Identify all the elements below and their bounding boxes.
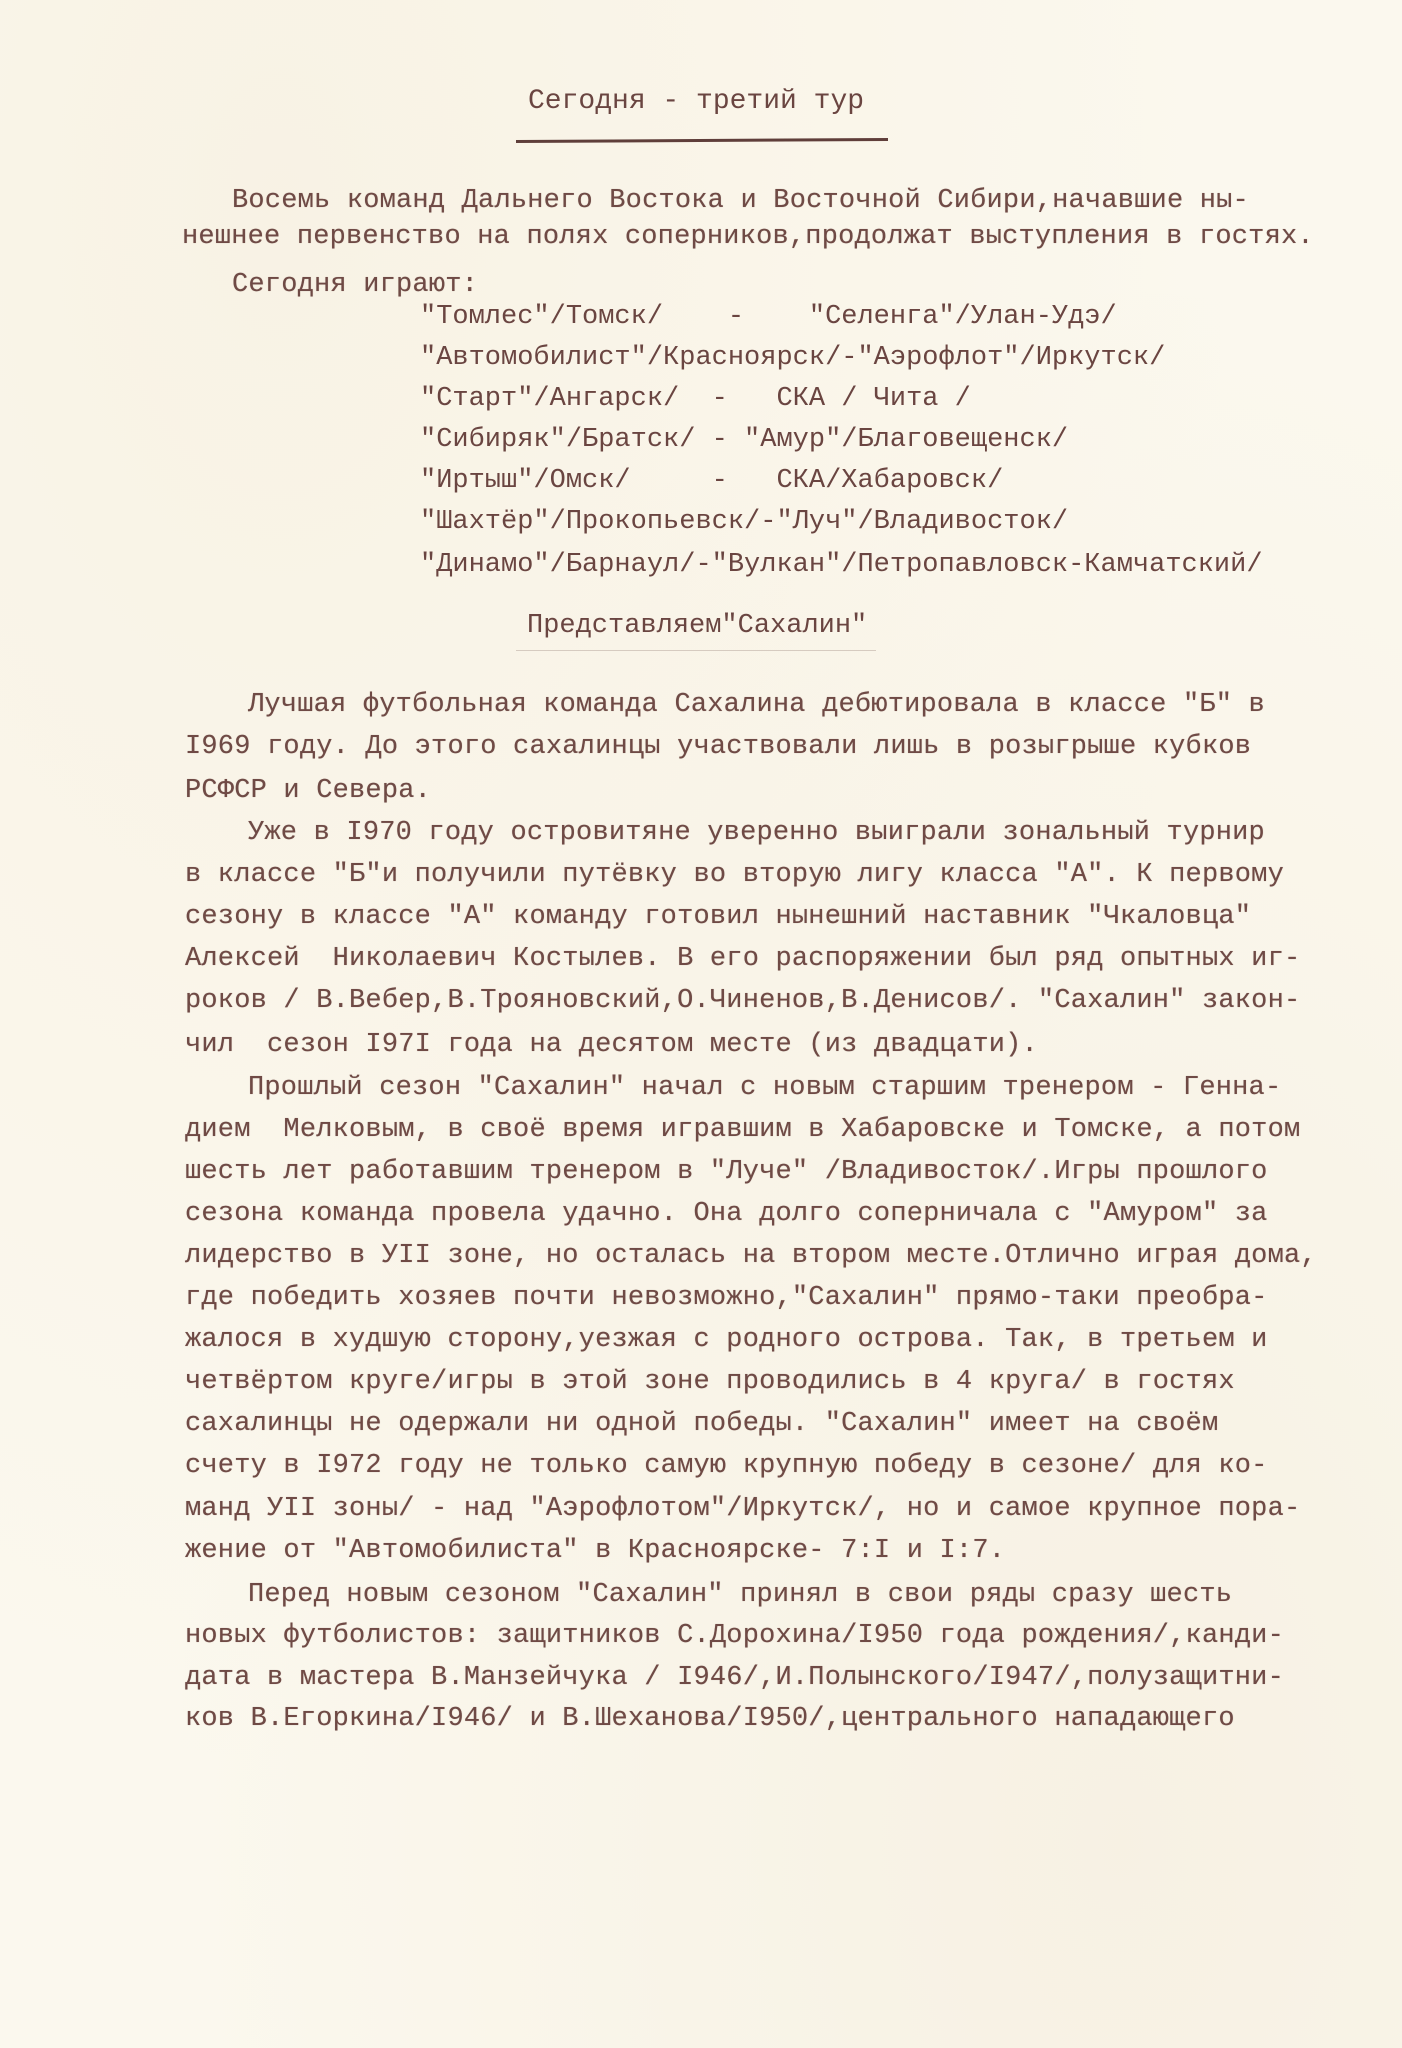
subtitle-underline — [516, 650, 876, 651]
match-line: "Динамо"/Барнаул/-"Вулкан"/Петропавловск… — [420, 550, 1263, 580]
body-line: манд УII зоны/ - над "Аэрофлотом"/Иркутс… — [185, 1494, 1300, 1524]
paper-page: Сегодня - третий тур Восемь команд Дальн… — [0, 0, 1402, 2048]
body-line: в классе "Б"и получили путёвку во вторую… — [185, 860, 1284, 890]
body-line: роков / В.Вебер,В.Трояновский,О.Чиненов,… — [185, 986, 1300, 1016]
intro-line: Сегодня играют: — [232, 270, 478, 300]
page-title: Сегодня - третий тур — [528, 86, 864, 117]
body-line: сахалинцы не одержали ни одной победы. "… — [185, 1409, 1218, 1439]
body-line: шесть лет работавшим тренером в "Луче" /… — [185, 1157, 1268, 1187]
body-line: жалося в худшую сторону,уезжая с родного… — [185, 1325, 1268, 1355]
body-line: ков В.Егоркина/I946/ и В.Шеханова/I950/,… — [185, 1704, 1235, 1734]
body-line: дата в мастера В.Манзейчука / I946/,И.По… — [185, 1663, 1284, 1693]
section-subtitle: Представляем"Сахалин" — [527, 611, 867, 641]
body-line: Уже в I970 году островитяне уверенно выи… — [248, 818, 1265, 848]
match-line: "Томлес"/Томск/ - "Селенга"/Улан-Удэ/ — [420, 302, 1117, 332]
body-line: Прошлый сезон "Сахалин" начал с новым ст… — [248, 1073, 1281, 1103]
body-line: Перед новым сезоном "Сахалин" принял в с… — [248, 1580, 1232, 1610]
body-line: жение от "Автомобилиста" в Красноярске- … — [185, 1536, 1005, 1566]
body-line: дием Мелковым, в своё время игравшим в Х… — [185, 1115, 1300, 1145]
body-line: чил сезон I97I года на десятом месте (из… — [185, 1030, 1038, 1060]
match-line: "Иртыш"/Омск/ - СКА/Хабаровск/ — [420, 466, 1003, 496]
body-line: Лучшая футбольная команда Сахалина дебют… — [248, 690, 1265, 720]
match-line: "Старт"/Ангарск/ - СКА / Чита / — [420, 384, 971, 414]
match-line: "Сибиряк"/Братск/ - "Амур"/Благовещенск/ — [420, 425, 1068, 455]
body-line: где победить хозяев почти невозможно,"Са… — [185, 1283, 1268, 1313]
intro-line: Восемь команд Дальнего Востока и Восточн… — [232, 186, 1249, 216]
body-line: счету в I972 году не только самую крупну… — [185, 1451, 1268, 1481]
body-line: четвёртом круге/игры в этой зоне проводи… — [185, 1367, 1235, 1397]
body-line: I969 году. До этого сахалинцы участвовал… — [185, 732, 1251, 762]
match-line: "Автомобилист"/Красноярск/-"Аэрофлот"/Ир… — [420, 343, 1165, 373]
body-line: лидерство в УII зоне, но осталась на вто… — [185, 1241, 1317, 1271]
body-line: сезона команда провела удачно. Она долго… — [185, 1199, 1268, 1229]
match-line: "Шахтёр"/Прокопьевск/-"Луч"/Владивосток/ — [420, 507, 1068, 537]
intro-line: нешнее первенство на полях соперников,пр… — [182, 222, 1314, 252]
body-line: РСФСР и Севера. — [185, 776, 431, 806]
body-line: сезону в классе "А" команду готовил ныне… — [185, 902, 1251, 932]
body-line: новых футболистов: защитников С.Дорохина… — [185, 1621, 1284, 1651]
title-underline — [516, 138, 888, 143]
body-line: Алексей Николаевич Костылев. В его распо… — [185, 944, 1300, 974]
